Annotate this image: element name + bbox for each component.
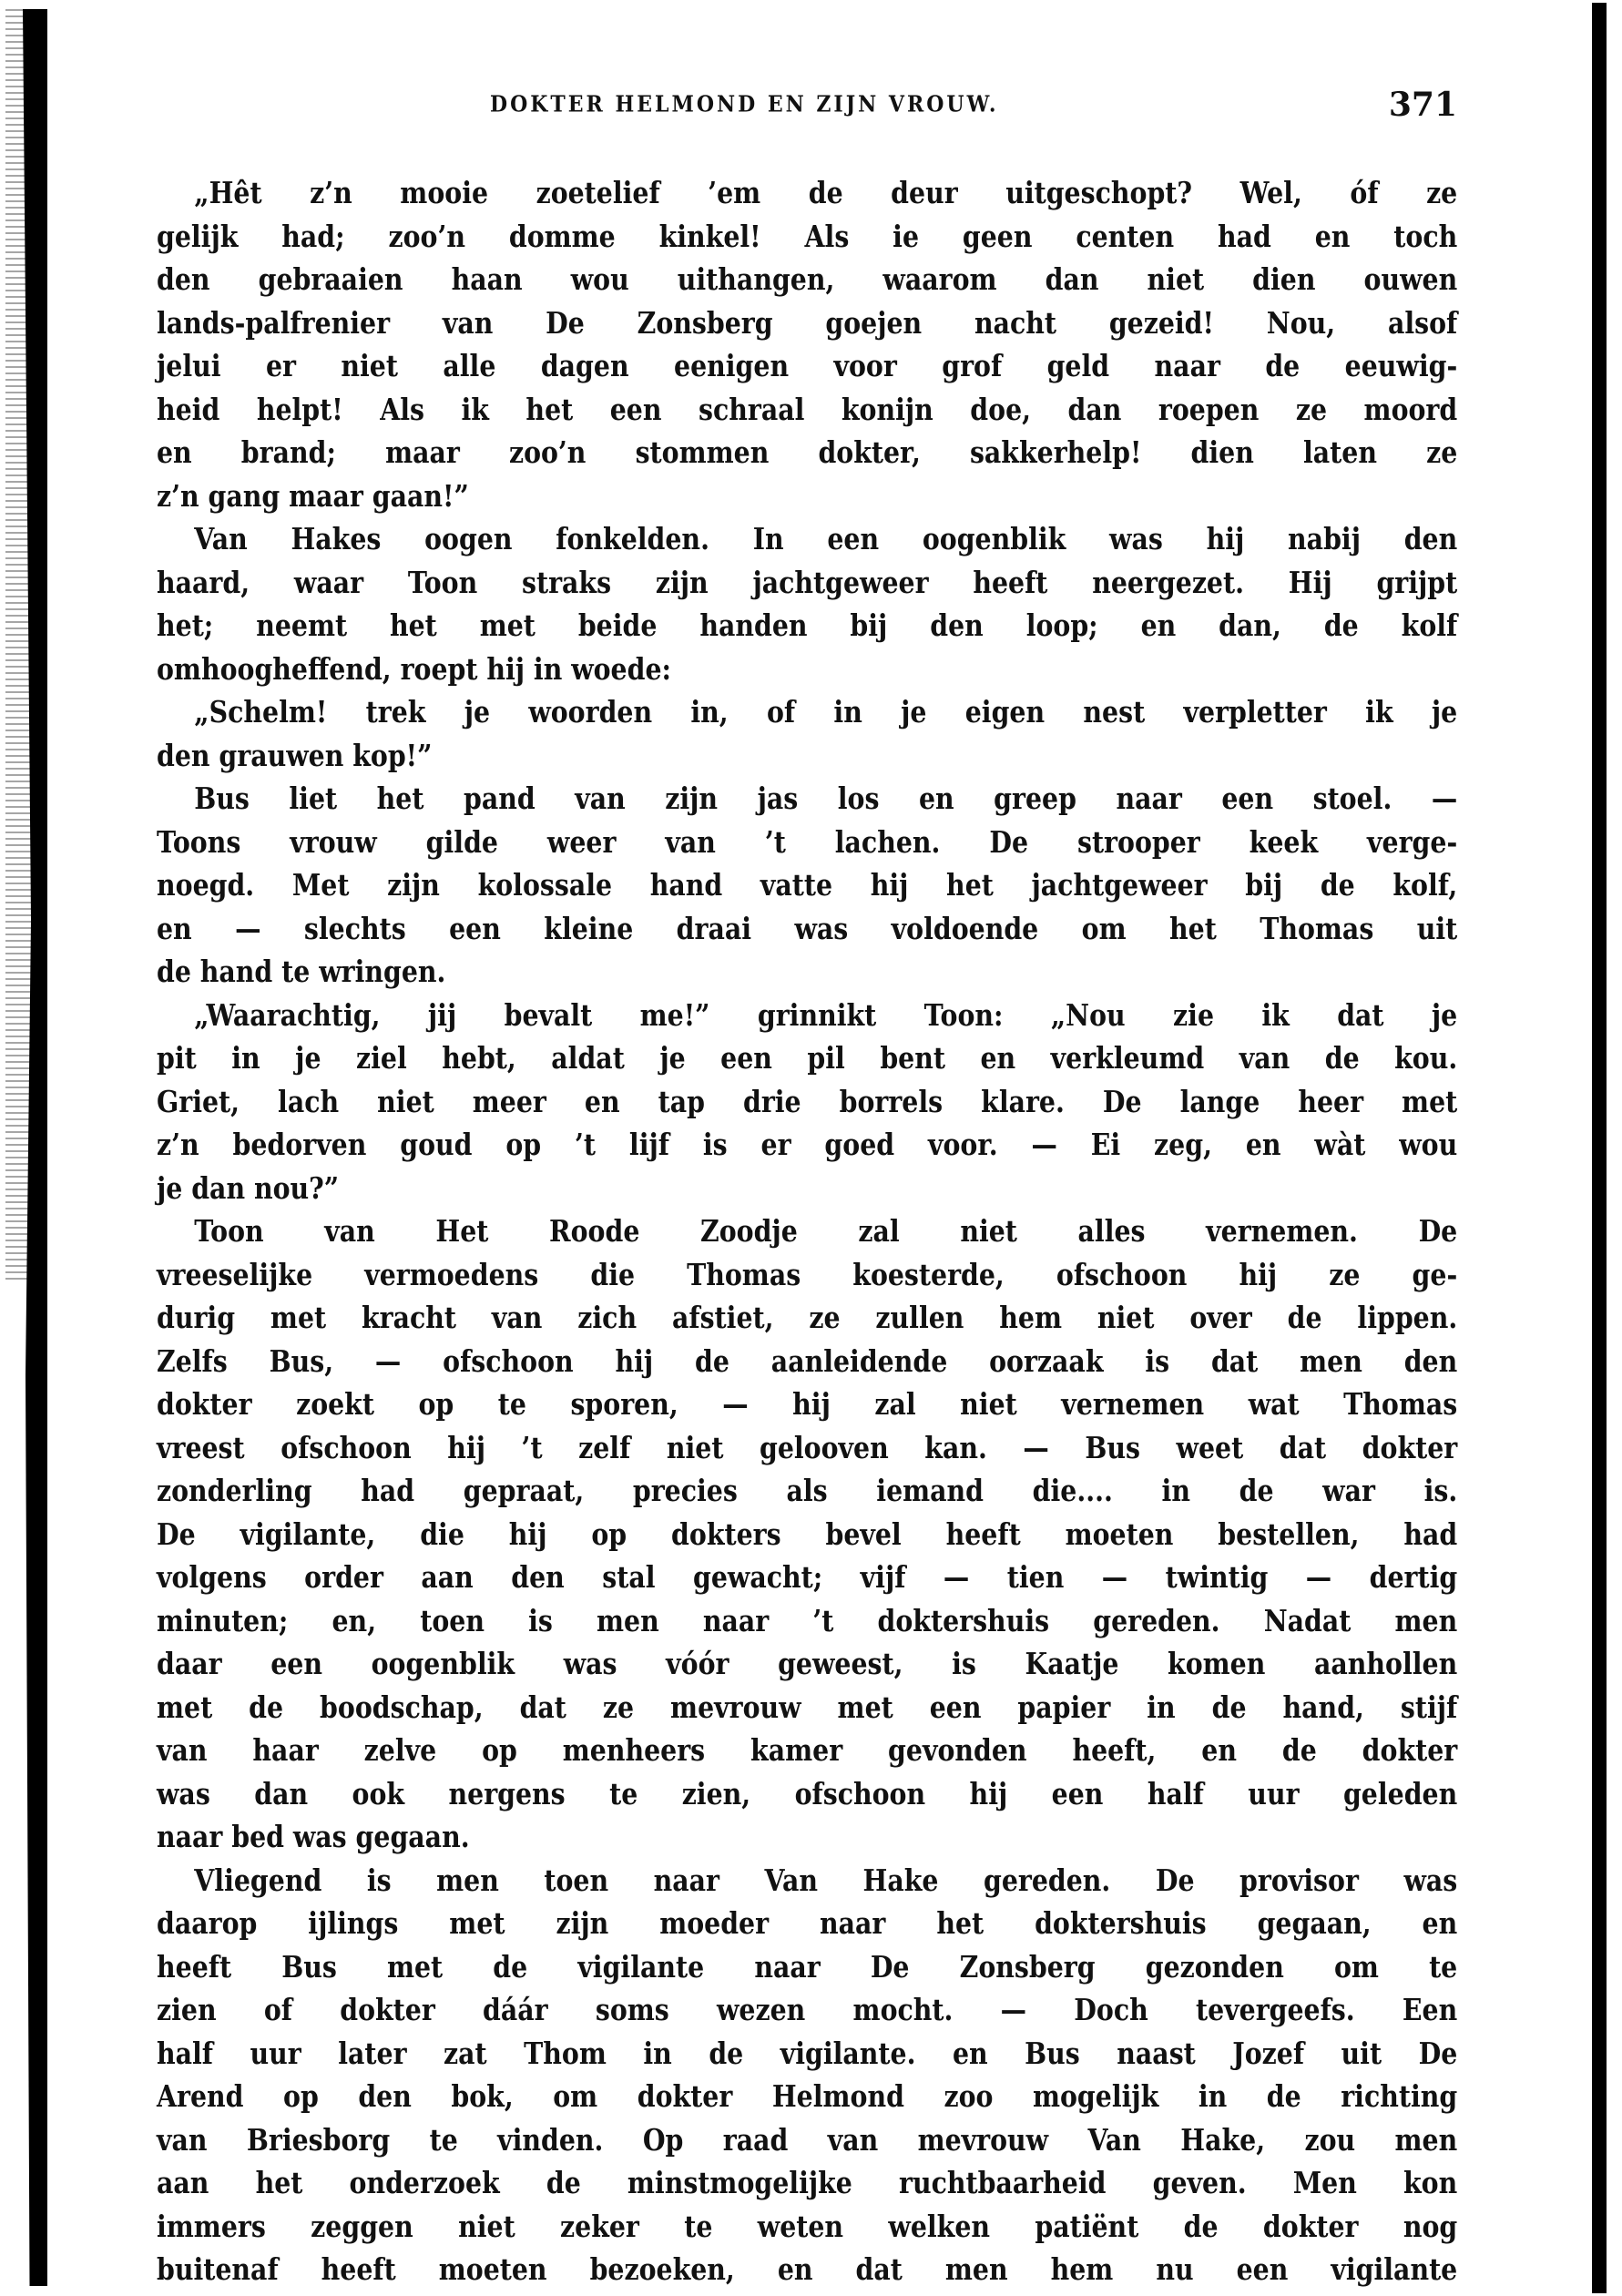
text-line: haard, waar Toon straks zijn jachtgeweer… — [157, 561, 1457, 605]
text-line: den gebraaien haan wou uithangen, waarom… — [157, 258, 1457, 301]
text-line: Toons vrouw gilde weer van ’t lachen. De… — [157, 821, 1457, 864]
text-line: pit in je ziel hebt, aldat je een pil be… — [157, 1036, 1457, 1080]
text-line: durig met kracht van zich afstiet, ze zu… — [157, 1296, 1457, 1340]
text-line: Vliegend is men toen naar Van Hake gered… — [157, 1859, 1457, 1903]
text-line: omhoogheffend, roept hij in woede: — [157, 648, 1457, 691]
text-line: zien of dokter dáár soms wezen mocht. — … — [157, 1988, 1457, 2032]
text-line: naar bed was gegaan. — [157, 1815, 1457, 1859]
text-line: gelijk had; zoo’n domme kinkel! Als ie g… — [157, 215, 1457, 259]
running-header: DOKTER HELMOND EN ZIJN VROUW. 371 — [146, 91, 1457, 128]
text-line: buitenaf heeft moeten bezoeken, en dat m… — [157, 2248, 1457, 2291]
text-line: z’n gang maar gaan!” — [157, 475, 1457, 518]
text-line: half uur later zat Thom in de vigilante.… — [157, 2032, 1457, 2076]
text-line: immers zeggen niet zeker te weten welken… — [157, 2205, 1457, 2249]
text-line: het; neemt het met beide handen bij den … — [157, 604, 1457, 648]
text-line: je dan nou?” — [157, 1167, 1457, 1210]
text-line: was dan ook nergens te zien, ofschoon hi… — [157, 1772, 1457, 1816]
text-line: en brand; maar zoo’n stommen dokter, sak… — [157, 431, 1457, 475]
text-line: met de boodschap, dat ze mevrouw met een… — [157, 1686, 1457, 1730]
text-line: Griet, lach niet meer en tap drie borrel… — [157, 1080, 1457, 1124]
scan-edge-right — [1592, 3, 1607, 2293]
text-line: De vigilante, die hij op dokters bevel h… — [157, 1513, 1457, 1556]
body-text: „Hêt z’n mooie zoetelief ’em de deur uit… — [157, 171, 1457, 2291]
text-line: daarop ijlings met zijn moeder naar het … — [157, 1902, 1457, 1945]
text-line: de hand te wringen. — [157, 950, 1457, 994]
text-line: heid helpt! Als ik het een schraal konij… — [157, 388, 1457, 432]
text-line: zonderling had gepraat, precies als iema… — [157, 1469, 1457, 1513]
text-line: jelui er niet alle dagen eenigen voor gr… — [157, 344, 1457, 388]
text-line: van Briesborg te vinden. Op raad van mev… — [157, 2118, 1457, 2162]
text-line: volgens order aan den stal gewacht; vijf… — [157, 1556, 1457, 1599]
text-line: aan het onderzoek de minstmogelijke ruch… — [157, 2161, 1457, 2205]
page-number: 371 — [1389, 86, 1457, 124]
text-line: Arend op den bok, om dokter Helmond zoo … — [157, 2075, 1457, 2118]
book-page: DOKTER HELMOND EN ZIJN VROUW. 371 „Hêt z… — [0, 0, 1622, 2296]
text-line: vreeselijke vermoedens die Thomas koeste… — [157, 1253, 1457, 1297]
running-title: DOKTER HELMOND EN ZIJN VROUW. — [490, 92, 999, 118]
text-line: minuten; en, toen is men naar ’t dokters… — [157, 1599, 1457, 1643]
text-line: Toon van Het Roode Zoodje zal niet alles… — [157, 1209, 1457, 1253]
text-line: „Waarachtig, jij bevalt me!” grinnikt To… — [157, 994, 1457, 1037]
text-line: dokter zoekt op te sporen, — hij zal nie… — [157, 1383, 1457, 1426]
text-line: „Schelm! trek je woorden in, of in je ei… — [157, 690, 1457, 734]
text-line: lands-palfrenier van De Zonsberg goejen … — [157, 301, 1457, 345]
text-line: noegd. Met zijn kolossale hand vatte hij… — [157, 863, 1457, 907]
text-line: „Hêt z’n mooie zoetelief ’em de deur uit… — [157, 171, 1457, 215]
text-line: z’n bedorven goud op ’t lijf is er goed … — [157, 1123, 1457, 1167]
text-line: Van Hakes oogen fonkelden. In een oogenb… — [157, 517, 1457, 561]
text-line: heeft Bus met de vigilante naar De Zonsb… — [157, 1945, 1457, 1989]
text-line: Bus liet het pand van zijn jas los en gr… — [157, 777, 1457, 821]
text-line: vreest ofschoon hij ’t zelf niet geloove… — [157, 1426, 1457, 1470]
text-line: van haar zelve op menheers kamer gevonde… — [157, 1729, 1457, 1772]
text-line: daar een oogenblik was vóór geweest, is … — [157, 1642, 1457, 1686]
text-line: en — slechts een kleine draai was voldoe… — [157, 907, 1457, 951]
text-line: Zelfs Bus, — ofschoon hij de aanleidende… — [157, 1340, 1457, 1383]
text-line: den grauwen kop!” — [157, 734, 1457, 778]
